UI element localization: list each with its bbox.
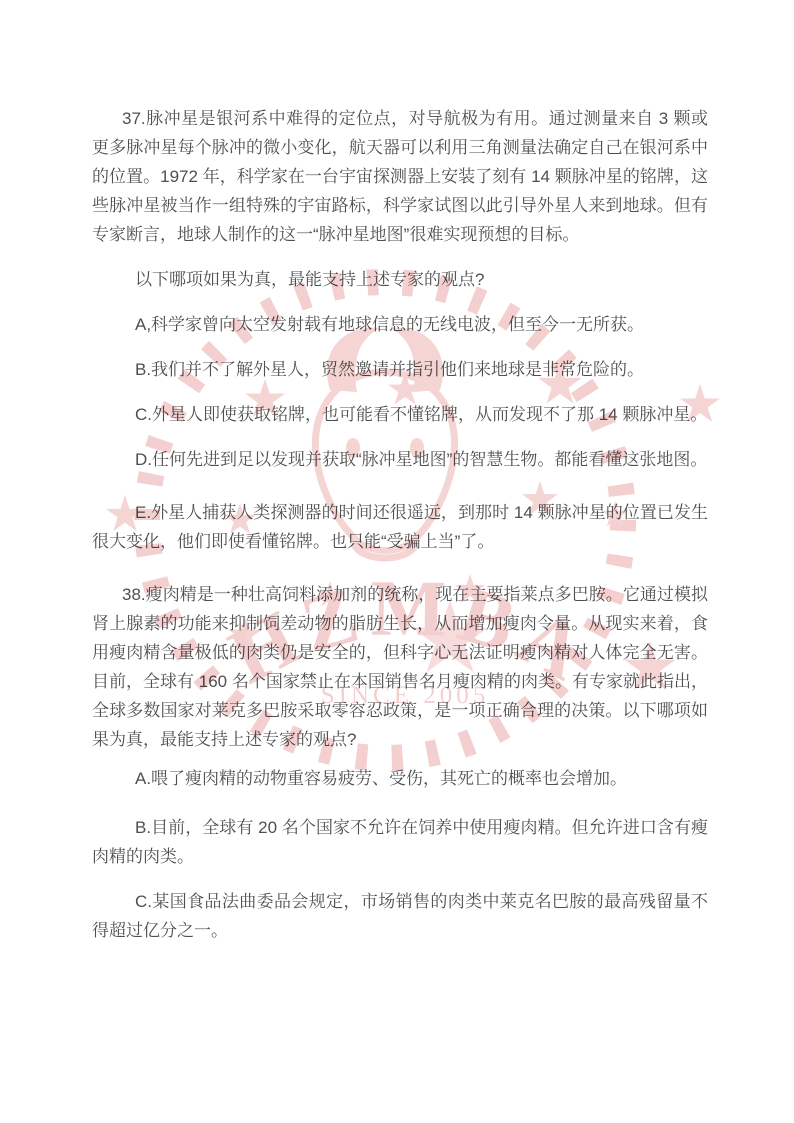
question-37-option-c: C.外星人即使获取铭牌，也可能看不懂铭牌，从而发现不了那 14 颗脉冲星。 [92,400,708,429]
exam-text-block: 37.脉冲星是银河系中难得的定位点，对导航极为有用。通过测量来自 3 颗或更多脉… [92,0,708,945]
question-38-option-c: C.某国食品法曲委品会规定，市场销售的肉类中莱克名巴胺的最高残留量不得超过亿分之… [92,887,708,945]
question-37-option-e: E.外星人捕获人类探测器的时间还很遥远，到那时 14 颗脉冲星的位置已发生很大变… [92,498,708,556]
question-38-option-b: B.目前，全球有 20 名个国家不允许在饲养中使用瘦肉精。但允许进口含有瘦肉精的… [92,813,708,871]
question-38-stem: 38.瘦肉精是一种壮高饲料添加剂的统称，现在主要指莱点多巴胺。它通过模拟肾上腺素… [92,580,708,754]
question-37-option-b: B.我们并不了解外星人，贸然邀请并指引他们来地球是非常危险的。 [92,355,708,384]
question-37-option-d: D.任何先进到足以发现并获取“脉冲星地图”的智慧生物。都能看懂这张地图。 [92,445,708,474]
document-page: HZMBA SINCE 2005 37.脉冲星是银河系中难得的定位点，对导航极为… [0,0,794,1123]
question-37-prompt: 以下哪项如果为真，最能支持上述专家的观点? [92,265,708,294]
question-37-stem: 37.脉冲星是银河系中难得的定位点，对导航极为有用。通过测量来自 3 颗或更多脉… [92,104,708,249]
question-38-option-a: A.喂了瘦肉精的动物重容易疲劳、受伤，其死亡的概率也会增加。 [92,764,708,793]
question-37-option-a: A,科学家曾向太空发射载有地球信息的无线电波，但至今一无所获。 [92,310,708,339]
